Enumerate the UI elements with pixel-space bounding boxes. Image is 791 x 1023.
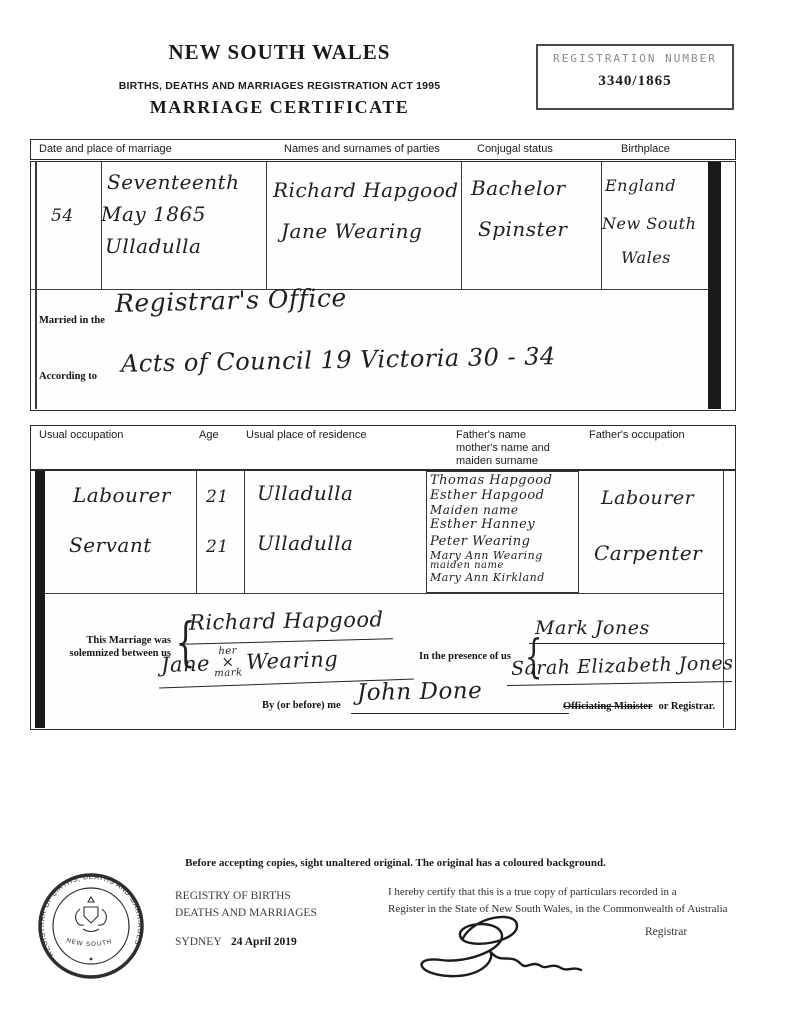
coat-of-arms-icon [76,897,107,960]
parents-line: Thomas Hapgood [430,473,576,488]
bride-birthplace-line: Wales [621,248,671,267]
entry-number: 54 [51,206,74,226]
marriage-table-header-row: Date and place of marriage Names and sur… [30,139,736,160]
according-to-label: According to [39,371,97,382]
registration-number-value: 3340/1865 [538,73,732,90]
bride-conjugal-status: Spinster [478,217,567,241]
married-in-label: Married in the [39,315,105,326]
registry-name: REGISTRY OF BIRTHS DEATHS AND MARRIAGES [175,888,317,922]
groom-birthplace: England [605,176,676,195]
bride-residence: Ulladulla [257,531,353,555]
bride-mark: her×mark [213,647,242,678]
marriage-certificate-page: NEW SOUTH WALES BIRTHS, DEATHS AND MARRI… [0,0,791,1023]
column-header-birthplace: Birthplace [621,143,670,156]
marriage-date-line: Seventeenth [107,170,240,194]
or-registrar-label: or Registrar. [659,701,716,712]
column-header-names: Names and surnames of parties [284,143,440,156]
bride-signature-first: Jane [161,651,211,677]
registrar-signature [405,908,620,1003]
parents-line: Maiden name [430,503,576,517]
copies-notice: Before accepting copies, sight unaltered… [0,857,791,869]
column-header-date-place: Date and place of marriage [39,143,172,156]
scan-edge-bar [708,162,721,409]
registration-number-label: REGISTRATION NUMBER [538,52,732,65]
bride-age: 21 [206,537,229,557]
groom-name: Richard Hapgood [273,178,459,202]
scan-edge-bar [35,471,45,728]
column-divider [244,471,245,593]
column-divider [461,162,462,289]
marriage-register-extract: 54 Seventeenth May 1865 Ulladulla Richar… [30,161,736,411]
column-header-residence: Usual place of residence [246,429,366,442]
state-title: NEW SOUTH WALES [92,40,467,65]
groom-age: 21 [206,487,229,507]
parents-line: Mary Ann Kirkland [430,571,576,584]
groom-signature: Richard Hapgood [189,607,384,634]
groom-father-occupation: Labourer [601,487,694,509]
bride-father-occupation: Carpenter [594,541,702,565]
before-me-label: By (or before) me [262,700,341,711]
signature-line [529,643,725,644]
marriage-place: Ulladulla [105,234,201,258]
celebrant-signature: John Done [357,678,483,706]
issue-city: SYDNEY [175,936,222,948]
signature-line [351,713,569,714]
column-header-parents: Father's name mother's name and maiden s… [456,429,550,468]
parents-line: Esther Hapgood [430,488,576,503]
witness-signature: Sarah Elizabeth Jones [511,652,734,680]
bride-mark-word: mark [214,668,243,678]
registrar-label: Registrar [645,926,687,938]
parents-line: maiden name [430,560,576,571]
married-in-value: Registrar's Office [115,283,347,318]
column-divider [266,162,267,289]
registration-number-box: REGISTRATION NUMBER 3340/1865 [536,44,734,110]
solemnized-label: This Marriage was solemnized between us [41,634,171,660]
signature-line [181,638,393,645]
registry-seal: REGISTRAR OF BIRTHS, DEATHS AND MARRIAGE… [36,870,146,982]
bride-signature-last: Wearing [246,647,339,674]
column-header-father-occupation: Father's occupation [589,429,685,442]
details-table-header-row: Usual occupation Age Usual place of resi… [30,425,736,470]
groom-occupation: Labourer [73,483,171,507]
officiating-minister-struck: Officiating Minister [563,701,653,712]
minister-or-registrar-label: Officiating Ministeror Registrar. [563,701,715,712]
column-header-age: Age [199,429,219,442]
bride-occupation: Servant [69,533,152,557]
row-divider [45,593,724,594]
marriage-date-line: May 1865 [101,202,206,226]
certificate-title: MARRIAGE CERTIFICATE [92,97,467,118]
according-to-value: Acts of Council 19 Victoria 30 - 34 [121,342,556,378]
details-register-extract: Labourer Servant 21 21 Ulladulla Ulladul… [30,470,736,730]
issue-date: 24 April 2019 [231,936,297,948]
act-title: BIRTHS, DEATHS AND MARRIAGES REGISTRATIO… [92,80,467,92]
column-header-conjugal-status: Conjugal status [477,143,553,156]
scan-left-edge-line [35,162,37,409]
witness-signature: Mark Jones [535,617,650,639]
parents-line: Peter Wearing [430,534,576,549]
groom-residence: Ulladulla [257,481,353,505]
bride-name: Jane Wearing [281,219,422,243]
column-header-occupation: Usual occupation [39,429,123,442]
column-divider [196,471,197,593]
bride-signature: Janeher×markWearing [161,644,339,680]
scan-right-edge-line [723,471,724,728]
certificate-header: NEW SOUTH WALES BIRTHS, DEATHS AND MARRI… [92,40,467,118]
bride-birthplace-line: New South [602,214,696,233]
presence-label: In the presence of us [419,651,511,662]
groom-conjugal-status: Bachelor [471,176,566,200]
parents-line: Esther Hanney [430,517,576,532]
